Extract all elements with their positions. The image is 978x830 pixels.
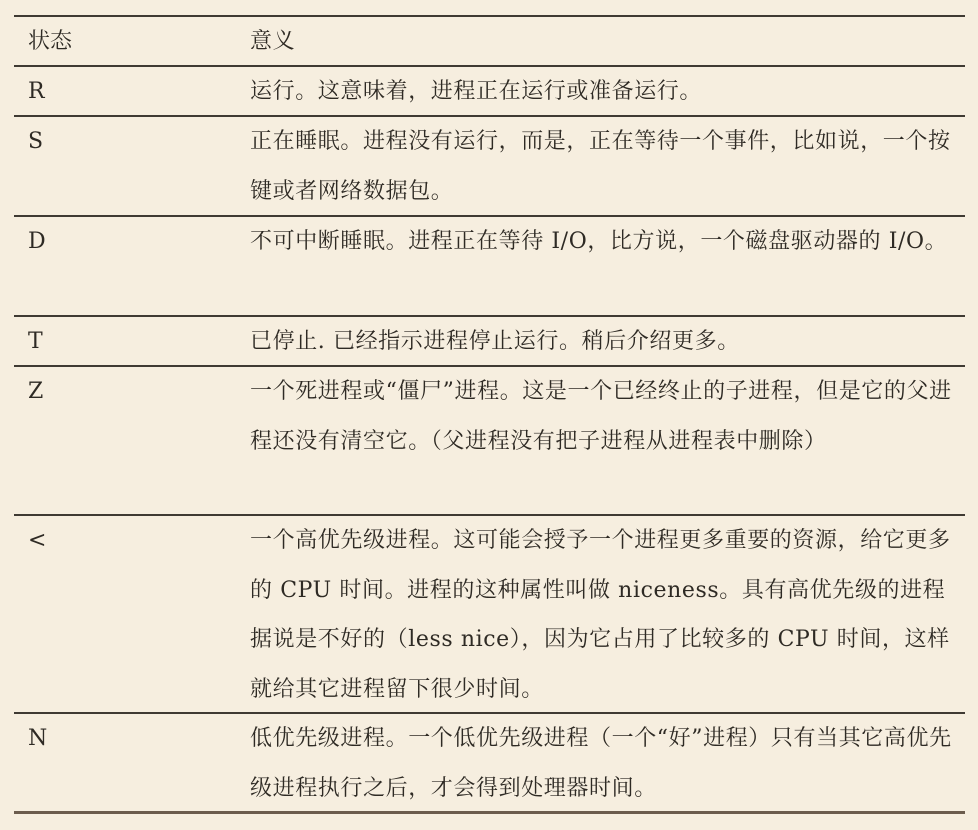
state-meaning: 已停止. 已经指示进程停止运行。稍后介绍更多。 [250, 317, 965, 365]
state-meaning: 一个高优先级进程。这可能会授予一个进程更多重要的资源，给它更多的 CPU 时间。… [250, 516, 965, 712]
process-state-table: 状态 意义 R 运行。这意味着，进程正在运行或准备运行。 S 正在睡眠。进程没有… [14, 15, 965, 814]
state-meaning: 一个死进程或“僵尸”进程。这是一个已经终止的子进程，但是它的父进程还没有清空它。… [250, 367, 965, 514]
table-row: S 正在睡眠。进程没有运行，而是，正在等待一个事件，比如说，一个按键或者网络数据… [14, 115, 965, 215]
state-code: < [14, 516, 250, 712]
state-code: N [14, 714, 250, 811]
state-meaning: 低优先级进程。一个低优先级进程（一个“好”进程）只有当其它高优先级进程执行之后，… [250, 714, 965, 811]
state-code: R [14, 67, 250, 115]
table-row: D 不可中断睡眠。进程正在等待 I/O，比方说，一个磁盘驱动器的 I/O。 [14, 215, 965, 315]
header-meaning: 意义 [250, 17, 965, 65]
table-row: N 低优先级进程。一个低优先级进程（一个“好”进程）只有当其它高优先级进程执行之… [14, 712, 965, 811]
header-state: 状态 [14, 17, 250, 65]
state-meaning: 正在睡眠。进程没有运行，而是，正在等待一个事件，比如说，一个按键或者网络数据包。 [250, 117, 965, 215]
state-code: Z [14, 367, 250, 514]
state-meaning: 不可中断睡眠。进程正在等待 I/O，比方说，一个磁盘驱动器的 I/O。 [250, 217, 965, 315]
state-code: S [14, 117, 250, 215]
table-row: Z 一个死进程或“僵尸”进程。这是一个已经终止的子进程，但是它的父进程还没有清空… [14, 365, 965, 514]
state-meaning: 运行。这意味着，进程正在运行或准备运行。 [250, 67, 965, 115]
table-row: R 运行。这意味着，进程正在运行或准备运行。 [14, 65, 965, 115]
state-code: D [14, 217, 250, 315]
table-row: T 已停止. 已经指示进程停止运行。稍后介绍更多。 [14, 315, 965, 365]
table-row: < 一个高优先级进程。这可能会授予一个进程更多重要的资源，给它更多的 CPU 时… [14, 514, 965, 712]
state-code: T [14, 317, 250, 365]
table-header-row: 状态 意义 [14, 15, 965, 65]
